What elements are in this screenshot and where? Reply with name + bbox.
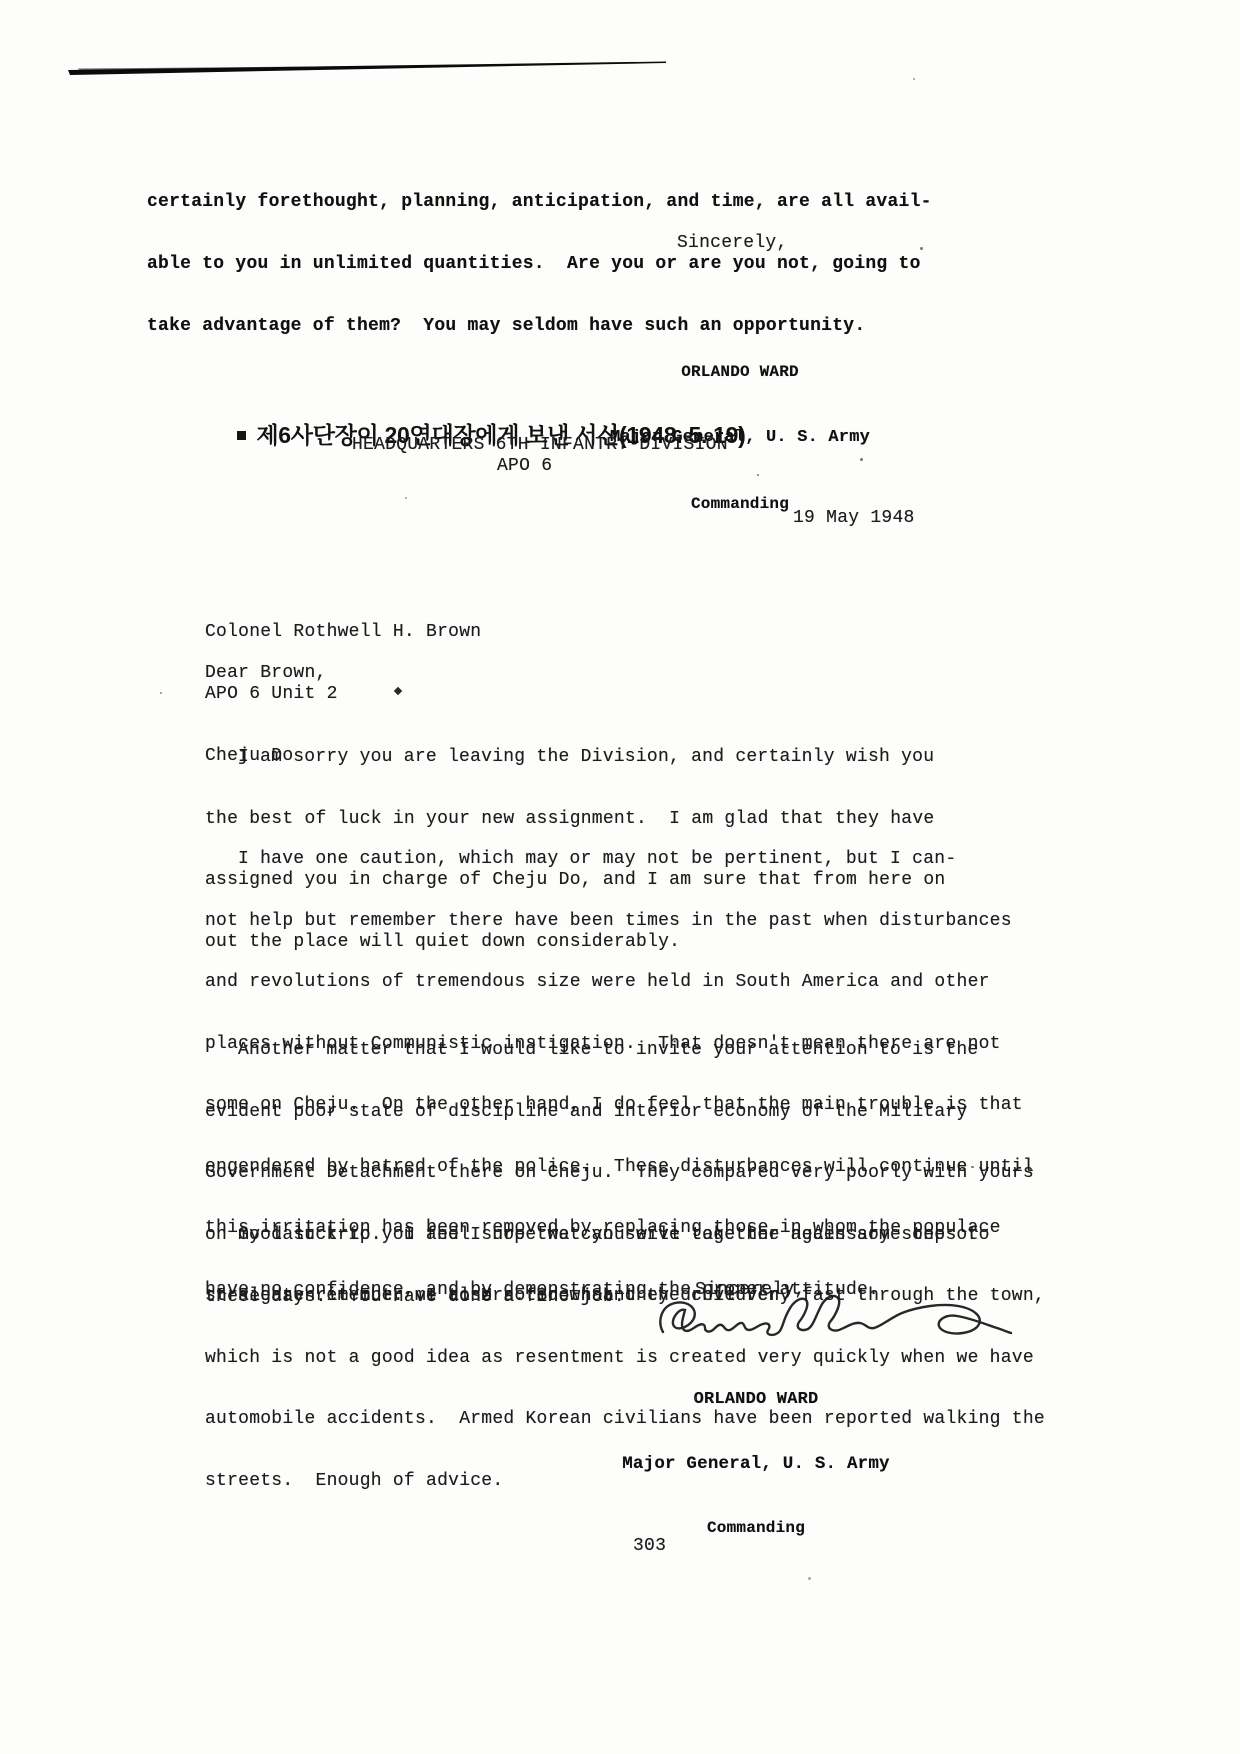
letter-date: 19 May 1948 (793, 508, 915, 528)
scan-speck (971, 1166, 974, 1168)
scan-speck (808, 1577, 811, 1580)
page-number: 303 (633, 1536, 666, 1556)
letter-line: I am sorry you are leaving the Division,… (205, 747, 945, 769)
letter-line: Government Detachment there on Cheju. Th… (205, 1163, 1045, 1185)
letter-line: and revolutions of tremendous size were … (205, 972, 1034, 994)
section-caption: 제6사단장이 20연대장에게 보낸 서신(1948. 5. 19) (213, 390, 746, 477)
scan-speck (757, 474, 759, 476)
fragment-line: able to you in unlimited quantities. Are… (147, 253, 932, 275)
scan-speck (920, 247, 923, 250)
recipient-line: Colonel Rothwell H. Brown (205, 621, 481, 643)
square-bullet-icon (237, 431, 246, 440)
letterhead-line1: HEADQUARTERS 6TH INFANTRY DIVISION (352, 435, 728, 455)
recipient-line: APO 6 Unit 2 (205, 683, 481, 705)
scan-speck (913, 78, 915, 80)
scan-speck (694, 1397, 697, 1400)
letter-line: Another matter that I would like to invi… (205, 1040, 1045, 1062)
letter-line: I have one caution, which may or may not… (205, 849, 1034, 871)
letter-line: evident poor state of discipline and int… (205, 1102, 1045, 1124)
fragment-line: certainly forethought, planning, anticip… (147, 191, 932, 213)
letter-line: Good luck to you and I hope we can serve… (205, 1225, 978, 1247)
fragment-closing: Sincerely, (677, 233, 788, 253)
scan-speck (860, 458, 863, 461)
scan-speck (405, 497, 407, 499)
signature-block: ORLANDO WARD Major General, U. S. Army C… (576, 1346, 936, 1583)
signer-role: Commanding (576, 1518, 936, 1540)
scan-artifact-line (68, 58, 670, 80)
signer-title: Major General, U. S. Army (576, 1454, 936, 1476)
letterhead-line2: APO 6 (497, 456, 552, 476)
signer-name: ORLANDO WARD (576, 1389, 936, 1411)
salutation: Dear Brown, (205, 663, 327, 683)
scanned-letter-page: certainly forethought, planning, anticip… (0, 0, 1240, 1754)
fragment-signer-name: ORLANDO WARD (560, 361, 920, 383)
letter-line: not help but remember there have been ti… (205, 911, 1034, 933)
scan-speck (160, 692, 162, 694)
